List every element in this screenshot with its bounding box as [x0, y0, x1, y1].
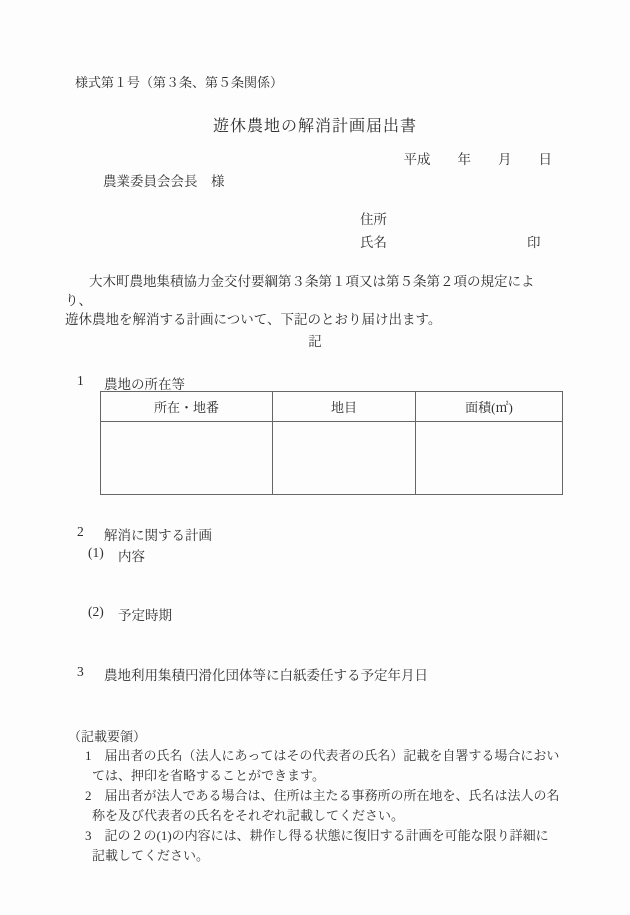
note-item-3: 3 記の２の(1)の内容には、耕作し得る状態に復旧する計画を可能な限り詳細に 記… — [85, 826, 585, 866]
cell-location — [101, 422, 273, 495]
section2-title: 解消に関する計画 — [104, 524, 212, 544]
date-month-label: 月 — [498, 148, 512, 168]
section2-item-content: (1) 内容 — [88, 545, 145, 565]
notes-heading: （記載要領） — [68, 726, 146, 745]
section2-item-schedule: (2) 予定時期 — [88, 604, 172, 624]
cell-area — [416, 422, 563, 495]
section3-title: 農地利用集積円滑化団体等に白紙委任する予定年月日 — [104, 664, 428, 684]
section3-number: 3 — [77, 664, 104, 684]
section3-heading: 3 農地利用集積円滑化団体等に白紙委任する予定年月日 — [77, 664, 428, 684]
name-label: 氏名 — [360, 231, 387, 251]
notes-list: 1 届出者の氏名（法人にあってはその代表者の氏名）記載を自署する場合におい ては… — [85, 746, 585, 866]
column-header-location: 所在・地番 — [101, 392, 273, 422]
record-marker: 記 — [0, 330, 630, 350]
section2-item1-text: 内容 — [118, 545, 145, 565]
page-title: 遊休農地の解消計画届出書 — [0, 113, 630, 136]
farmland-table: 所在・地番 地目 面積(㎡) — [100, 391, 563, 495]
farmland-table-header-row: 所在・地番 地目 面積(㎡) — [101, 392, 563, 422]
note-item-2: 2 届出者が法人である場合は、住所は主たる事務所の所在地を、氏名は法人の名 称を… — [85, 786, 585, 826]
section2-item1-label: (1) — [88, 545, 118, 565]
form-number: 様式第１号（第３条、第５条関係） — [75, 72, 283, 91]
note-item-1: 1 届出者の氏名（法人にあってはその代表者の氏名）記載を自署する場合におい ては… — [85, 746, 585, 786]
date-line: 平成 年 月 日 — [404, 148, 553, 168]
date-year-label: 年 — [458, 148, 472, 168]
date-day-label: 日 — [539, 148, 553, 168]
section1-heading: 1 農地の所在等 — [77, 373, 185, 393]
farmland-table-entry-row — [101, 422, 563, 495]
section2-number: 2 — [77, 524, 104, 544]
seal-label: 印 — [527, 231, 541, 251]
section2-item2-text: 予定時期 — [118, 604, 172, 624]
section2-heading: 2 解消に関する計画 — [77, 524, 212, 544]
section2-item2-label: (2) — [88, 604, 118, 624]
date-era-label: 平成 — [404, 148, 431, 168]
address-label: 住所 — [360, 208, 387, 228]
document-page: 様式第１号（第３条、第５条関係） 遊休農地の解消計画届出書 平成 年 月 日 農… — [0, 0, 630, 915]
column-header-area: 面積(㎡) — [416, 392, 563, 422]
body-paragraph: 大木町農地集積協力金交付要綱第３条第１項又は第５条第２項の規定により、 遊休農地… — [65, 272, 559, 329]
section1-title: 農地の所在等 — [104, 373, 185, 393]
section1-number: 1 — [77, 373, 104, 393]
column-header-land-category: 地目 — [273, 392, 416, 422]
addressee-line: 農業委員会会長 様 — [103, 170, 225, 190]
cell-land-category — [273, 422, 416, 495]
